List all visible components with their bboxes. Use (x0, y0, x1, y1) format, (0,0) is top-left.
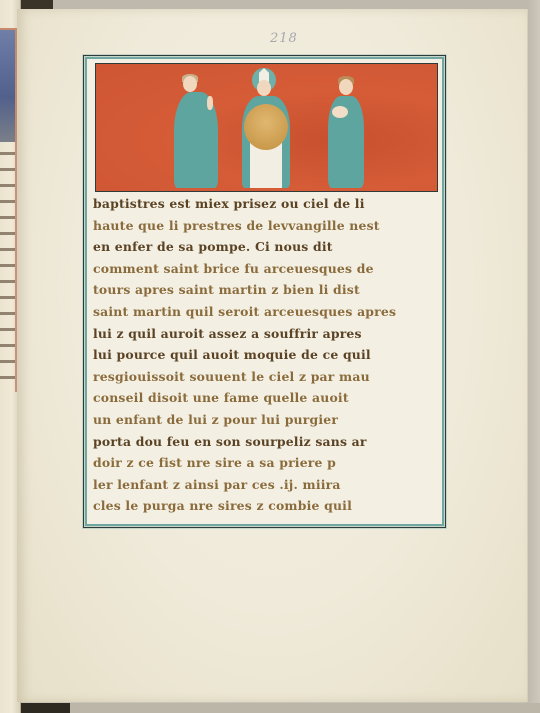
figure-tonsured-cleric (174, 74, 224, 190)
text-frame: baptistres est miex prisez ou ciel de li… (85, 57, 444, 526)
text-line-15: cles le purga nre sires z combie quil (93, 495, 436, 517)
text-line-14: ler lenfant z ainsi par ces .ij. miira (93, 474, 436, 496)
figure-bishop-saint (240, 68, 292, 190)
text-line-7: lui z quil auroit assez a souffrir apres (93, 323, 436, 345)
previous-page-text (0, 142, 17, 392)
text-line-10: conseil disoit une fame quelle auoit (93, 387, 436, 409)
background-bottom (0, 703, 540, 713)
text-line-8: lui pource quil auoit moquie de ce quil (93, 344, 436, 366)
text-line-4: comment saint brice fu arceuesques de (93, 258, 436, 280)
text-line-1: baptistres est miex prisez ou ciel de li (93, 193, 436, 215)
text-line-6: saint martin quil seroit arceuesques apr… (93, 301, 436, 323)
text-line-12: porta dou feu en son sourpeliz sans ar (93, 431, 436, 453)
folio-number: 218 (270, 31, 298, 46)
text-line-9: resgiouissoit souuent le ciel z par mau (93, 366, 436, 388)
text-line-11: un enfant de lui z pour lui purgier (93, 409, 436, 431)
binding-shadow-top (17, 0, 53, 9)
miniature-illustration (95, 63, 438, 192)
text-line-16: eust assez a souffrir le porteil deliom (93, 517, 436, 519)
text-line-5: tours apres saint martin z bien li dist (93, 279, 436, 301)
text-line-2: haute que li prestres de levvangille nes… (93, 215, 436, 237)
manuscript-text: baptistres est miex prisez ou ciel de li… (93, 193, 436, 519)
text-line-3: en enfer de sa pompe. Ci nous dit (93, 236, 436, 258)
background-right (526, 0, 540, 713)
figure-woman-with-child (324, 76, 368, 190)
text-line-13: doir z ce fist nre sire a sa priere p (93, 452, 436, 474)
previous-page-miniature (0, 28, 17, 142)
infant (332, 106, 348, 118)
